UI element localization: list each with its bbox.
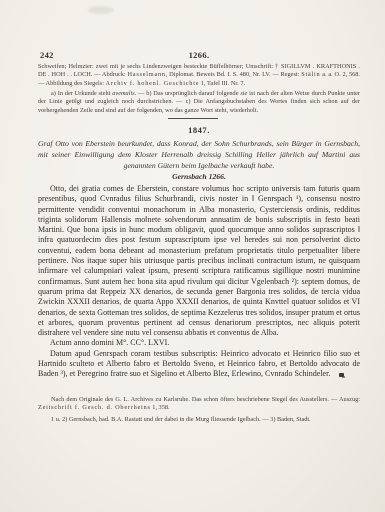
entry-german-summary: Graf Otto von Eberstein beurkundet, dass… [38, 138, 360, 171]
entry-provenance-note: Nach dem Originale des G. L. Archives zu… [38, 396, 360, 413]
charter-actum-line: Actum anno domini M°. CC°. LXVI. [38, 338, 360, 348]
previous-entry-text-notes: a) In der Urkunde steht avemalis. — b) D… [38, 90, 360, 115]
charter-body-paragraph: Otto, dei gratia comes de Eberstein, con… [38, 184, 360, 338]
entry-footnotes: 1 u. 2) Gernsbach, bad. B.A. Rastatt und… [38, 416, 360, 424]
running-year-number: 1266. [38, 50, 360, 60]
charter-datum-paragraph: Datum apud Genrspach coram testibus subs… [38, 349, 360, 380]
scan-smudge [88, 6, 114, 14]
previous-entry-seal-note: Schweifen; Helmzier: zwei mit je sechs L… [38, 63, 360, 88]
entry-number-heading: 1847. [38, 125, 360, 135]
entry-divider-rule [168, 118, 218, 119]
ink-blot-artifact [339, 373, 344, 377]
page-header: 242 1266. [38, 50, 360, 62]
entry-place-date: Gernsbach 1266. [38, 172, 360, 181]
scanned-book-page: 242 1266. Schweifen; Helmzier: zwei mit … [0, 0, 385, 512]
charter-latin-text: Otto, dei gratia comes de Eberstein, con… [38, 184, 360, 380]
